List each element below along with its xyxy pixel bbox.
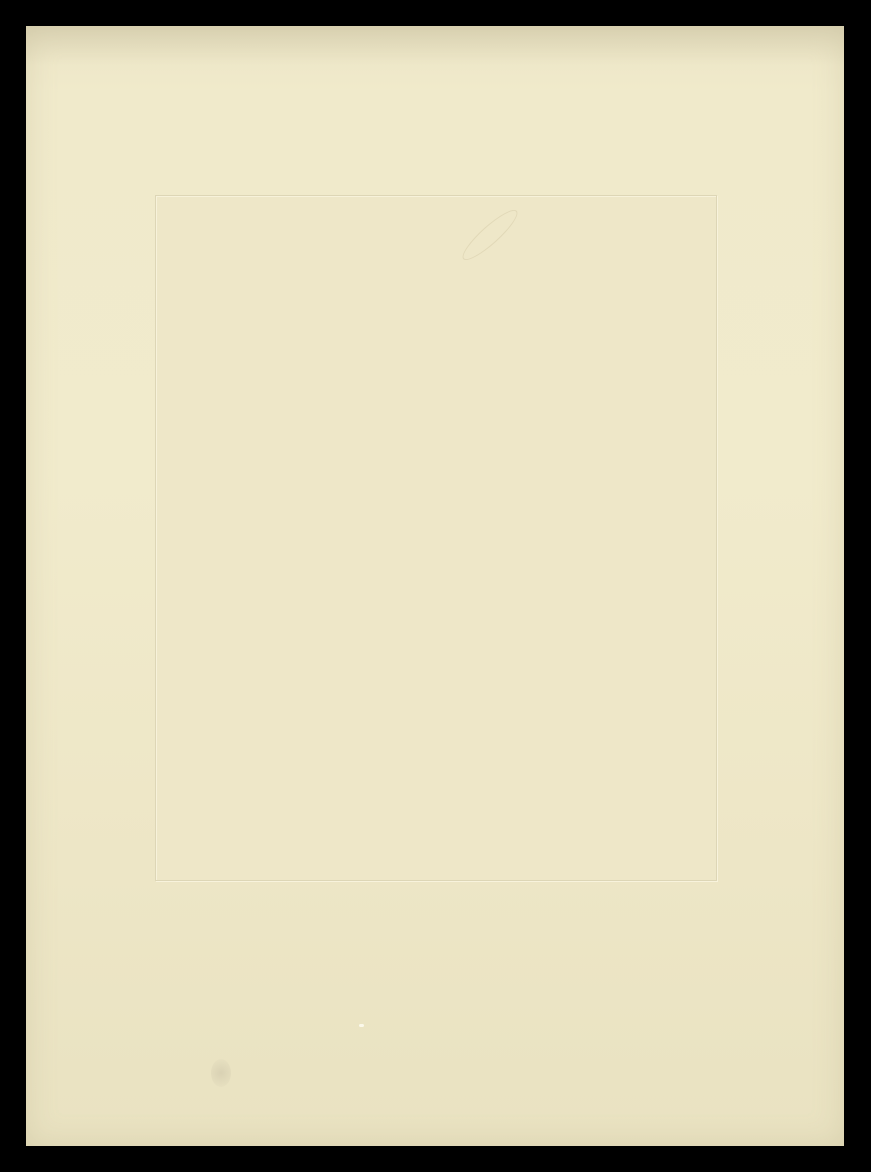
photo-stage — [0, 0, 871, 1172]
stain-bottom — [211, 1059, 231, 1087]
plate-mark — [155, 195, 717, 881]
paper-sheet — [26, 26, 844, 1146]
paper-speck — [359, 1024, 364, 1027]
